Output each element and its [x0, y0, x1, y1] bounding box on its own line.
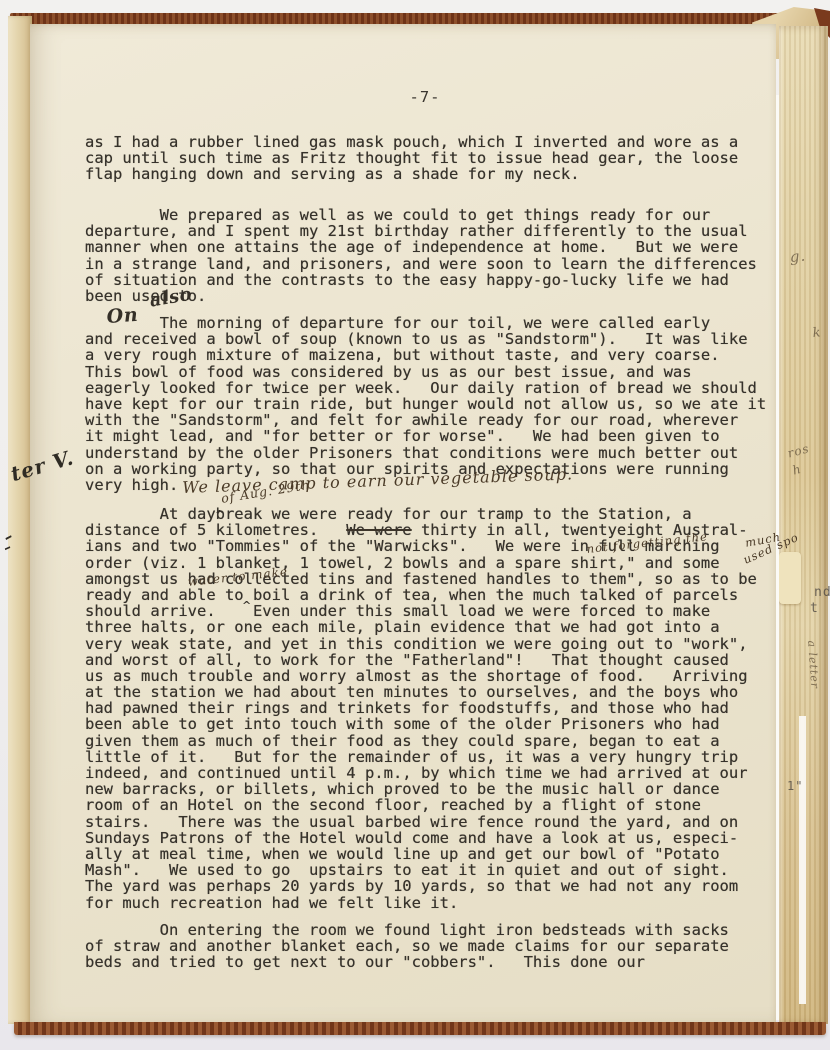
caret-mark: ^ — [215, 508, 225, 521]
typed-line: beds and tried to get next to our "cobbe… — [85, 954, 785, 970]
edge-fragment-typed: nd — [814, 585, 830, 600]
typed-line: indeed, and continued until 4 p.m., by w… — [85, 765, 785, 781]
typed-line: The yard was perhaps 20 yards by 10 yard… — [85, 878, 785, 894]
typed-line: have kept for our train ride, but hunger… — [85, 396, 785, 412]
typed-line: for much recreation had we felt like it. — [85, 895, 785, 911]
margin-note: ter V. — [8, 445, 77, 486]
typed-line: order (viz. 1 blanket, 1 towel, 2 bowls … — [85, 555, 785, 571]
typed-line: flap hanging down and serving as a shade… — [85, 166, 785, 182]
typed-line: Sundays Patrons of the Hotel would come … — [85, 830, 785, 846]
typed-line: The morning of departure for our toil, w… — [85, 315, 785, 331]
page-content-layer: -7- as I had a rubber lined gas mask pou… — [0, 0, 830, 1050]
typed-line: cap until such time as Fritz thought fit… — [85, 150, 785, 166]
typed-line: manner when one attains the age of indep… — [85, 239, 785, 255]
scanned-diary-page: -7- as I had a rubber lined gas mask pou… — [0, 0, 830, 1050]
typed-line: as I had a rubber lined gas mask pouch, … — [85, 134, 785, 150]
edge-fragment-typed: t — [810, 601, 819, 616]
typed-line: been able to get into touch with some of… — [85, 716, 785, 732]
typed-line: ready and able to boil a drink of tea, w… — [85, 587, 785, 603]
typed-line: a very rough mixture of maizena, but wit… — [85, 347, 785, 363]
paragraph-gas-mask: as I had a rubber lined gas mask pouch, … — [85, 134, 785, 183]
typed-line: eagerly looked for twice per week. Our d… — [85, 380, 785, 396]
edge-fragment-typed: 1" — [787, 779, 803, 793]
typed-line: had pawned their rings and trinkets for … — [85, 700, 785, 716]
typed-line: On entering the room we found light iron… — [85, 922, 785, 938]
paragraph-bedsteads: On entering the room we found light iron… — [85, 922, 785, 971]
paragraph-march: At daybreak we were ready for our tramp … — [85, 506, 785, 911]
typed-line: departure, and I spent my 21st birthday … — [85, 223, 785, 239]
edge-fragment-ink: g. — [789, 247, 807, 266]
typed-line: three halts, or one each mile, plain evi… — [85, 619, 785, 635]
caret-mark: ^ — [242, 599, 252, 612]
edge-fragment-ink: ros — [786, 441, 811, 460]
typed-line: very weak state, and yet in this conditi… — [85, 636, 785, 652]
typed-line: This bowl of food was considered by us a… — [85, 364, 785, 380]
paragraph-sandstorm: The morning of departure for our toil, w… — [85, 315, 785, 493]
typed-line: at the station we had about ten minutes … — [85, 684, 785, 700]
typed-line: new barracks, or billets, which proved t… — [85, 781, 785, 797]
typed-line: stairs. There was the usual barbed wire … — [85, 814, 785, 830]
typed-line: At daybreak we were ready for our tramp … — [85, 506, 785, 522]
typed-line: given them as much of their food as they… — [85, 733, 785, 749]
typed-line: should arrive. Even under this small loa… — [85, 603, 785, 619]
typed-line: in a strange land, and prisoners, and we… — [85, 256, 785, 272]
typed-line: and worst of all, to work for the "Fathe… — [85, 652, 785, 668]
edge-fragment-ink: k — [812, 325, 822, 341]
page-number: -7- — [85, 88, 765, 106]
typed-line: with the "Sandstorm", and felt for awhil… — [85, 412, 785, 428]
typed-line: of straw and another blanket each, so we… — [85, 938, 785, 954]
typed-line: room of an Hotel on the second floor, re… — [85, 797, 785, 813]
edge-fragment-ink: a letter — [805, 640, 821, 689]
edge-fragment-ink: h — [791, 462, 803, 478]
typed-line: We prepared as well as we could to get t… — [85, 207, 785, 223]
typed-line: it might lead, and "for better or for wo… — [85, 428, 785, 444]
handwriting-on: On — [106, 304, 139, 328]
typed-line: us as much trouble and worry almost as t… — [85, 668, 785, 684]
typed-line: understand by the older Prisoners that c… — [85, 445, 785, 461]
typed-line: ally at meal time, when we would line up… — [85, 846, 785, 862]
typed-line: and received a bowl of soup (known to us… — [85, 331, 785, 347]
typed-line: Mash". We used to go upstairs to eat it … — [85, 862, 785, 878]
typed-line: little of it. But for the remainder of u… — [85, 749, 785, 765]
